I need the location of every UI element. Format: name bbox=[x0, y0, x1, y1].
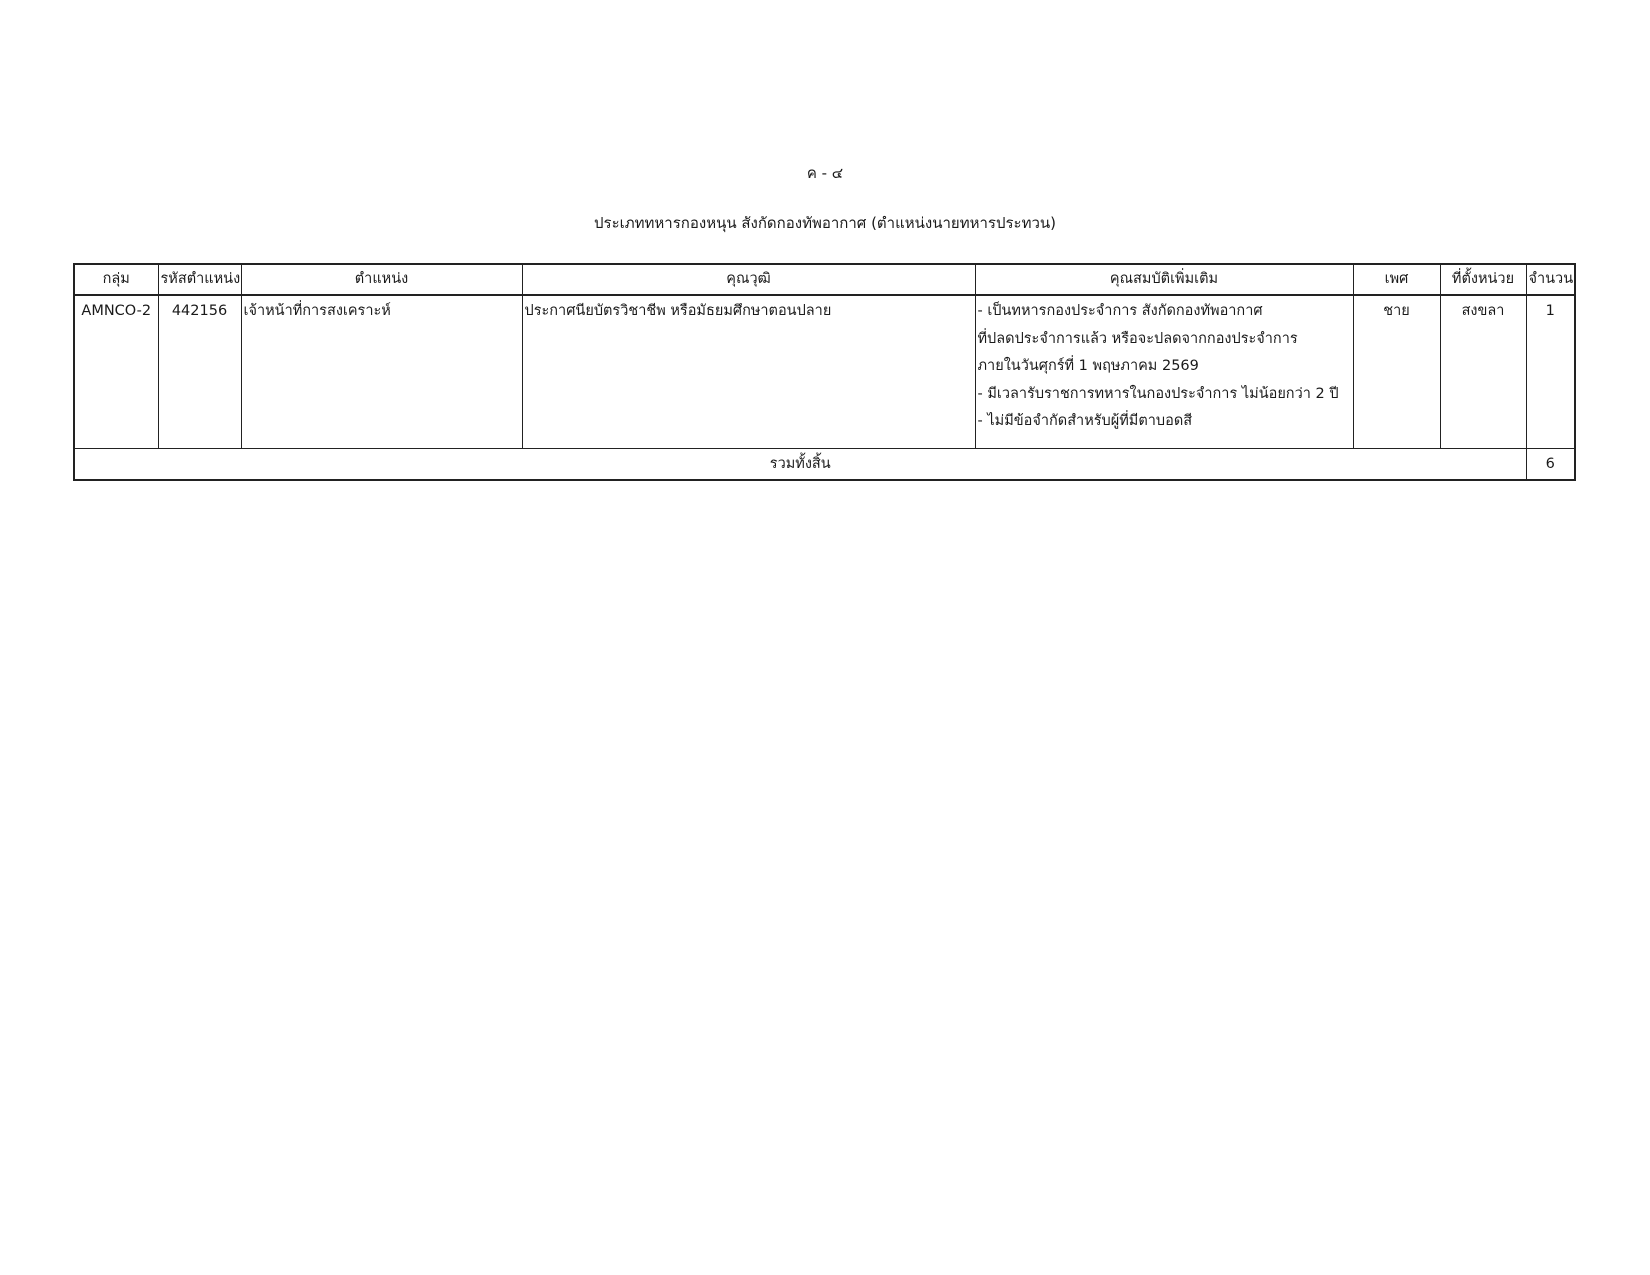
total-label: รวมทั้งสิ้น bbox=[74, 449, 1526, 481]
cell-position: เจ้าหน้าที่การสงเคราะห์ bbox=[241, 295, 522, 449]
cell-qualifications: - เป็นทหารกองประจำการ สังกัดกองทัพอากาศ … bbox=[975, 295, 1353, 449]
qualification-line: ที่ปลดประจำการแล้ว หรือจะปลดจากกองประจำก… bbox=[978, 326, 1351, 354]
qualification-line: - เป็นทหารกองประจำการ สังกัดกองทัพอากาศ bbox=[978, 298, 1351, 326]
qualification-line: - ไม่มีข้อจำกัดสำหรับผู้ที่มีตาบอดสี bbox=[978, 408, 1351, 436]
table-row: AMNCO-2 442156 เจ้าหน้าที่การสงเคราะห์ ป… bbox=[74, 295, 1575, 449]
header-qualifications: คุณสมบัติเพิ่มเติม bbox=[975, 264, 1353, 295]
qualification-line: ภายในวันศุกร์ที่ 1 พฤษภาคม 2569 bbox=[978, 353, 1351, 381]
cell-count: 1 bbox=[1526, 295, 1575, 449]
header-group: กลุ่ม bbox=[74, 264, 158, 295]
cell-group: AMNCO-2 bbox=[74, 295, 158, 449]
page-number: ค - ๔ bbox=[0, 162, 1650, 184]
header-gender: เพศ bbox=[1353, 264, 1440, 295]
quota-table: กลุ่ม รหัสตำแหน่ง ตำแหน่ง คุณวุฒิ คุณสมบ… bbox=[73, 263, 1576, 481]
cell-gender: ชาย bbox=[1353, 295, 1440, 449]
header-count: จำนวน bbox=[1526, 264, 1575, 295]
header-education: คุณวุฒิ bbox=[522, 264, 975, 295]
qualification-line: - มีเวลารับราชการทหารในกองประจำการ ไม่น้… bbox=[978, 381, 1351, 409]
header-position: ตำแหน่ง bbox=[241, 264, 522, 295]
total-value: 6 bbox=[1526, 449, 1575, 481]
document-title: ประเภททหารกองหนุน สังกัดกองทัพอากาศ (ตำแ… bbox=[0, 212, 1650, 234]
total-row: รวมทั้งสิ้น 6 bbox=[74, 449, 1575, 481]
cell-position-code: 442156 bbox=[158, 295, 241, 449]
header-position-code: รหัสตำแหน่ง bbox=[158, 264, 241, 295]
cell-education: ประกาศนียบัตรวิชาชีพ หรือมัธยมศึกษาตอนปล… bbox=[522, 295, 975, 449]
cell-unit-location: สงขลา bbox=[1440, 295, 1526, 449]
header-row: กลุ่ม รหัสตำแหน่ง ตำแหน่ง คุณวุฒิ คุณสมบ… bbox=[74, 264, 1575, 295]
header-unit-location: ที่ตั้งหน่วย bbox=[1440, 264, 1526, 295]
